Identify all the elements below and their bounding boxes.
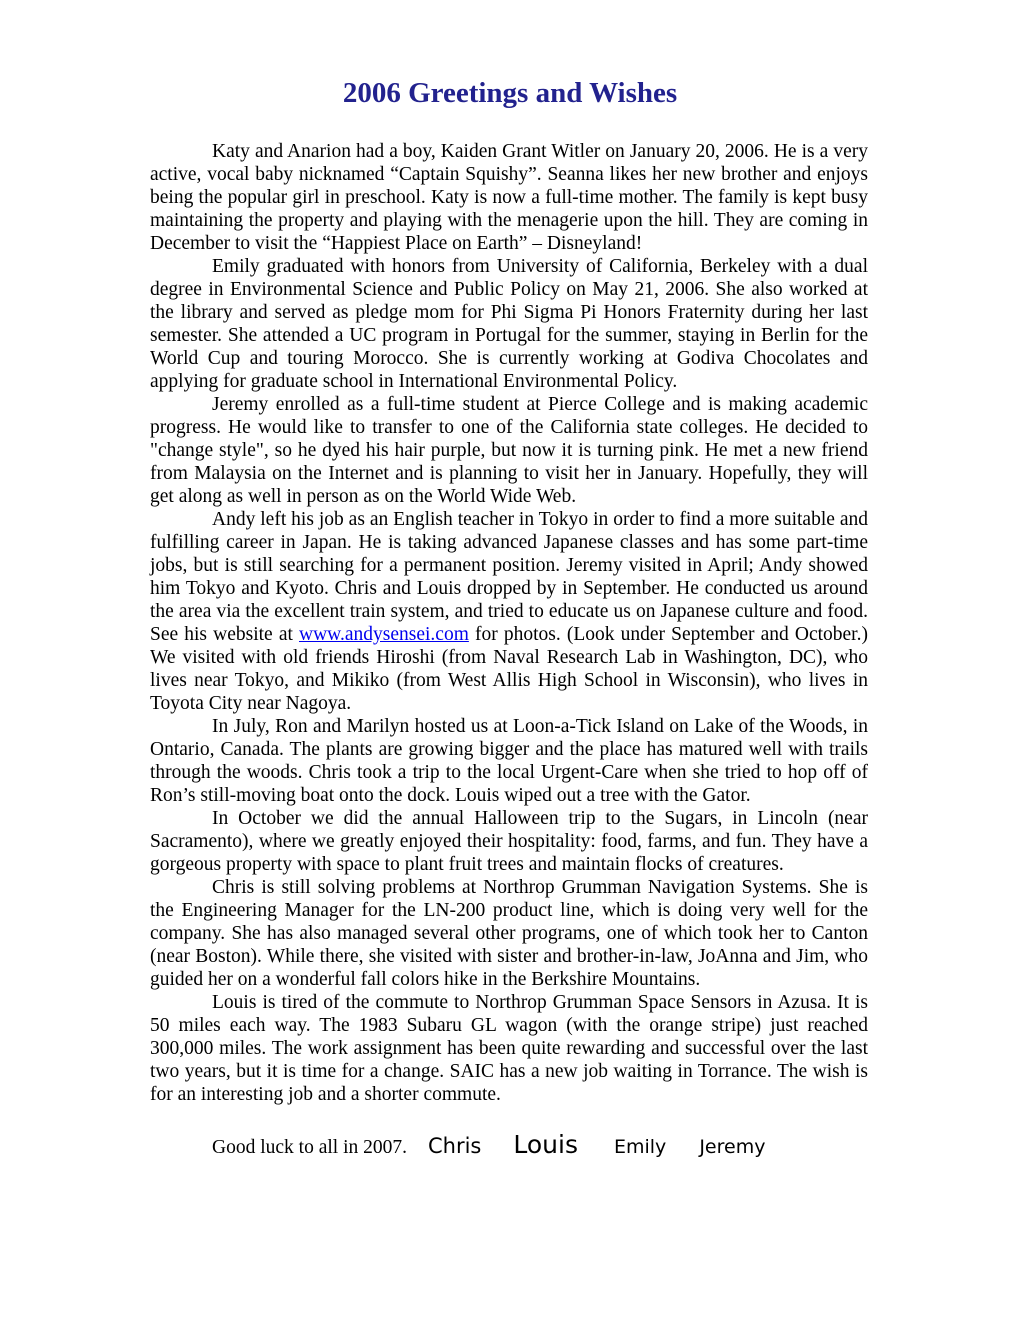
closing-line: Good luck to all in 2007.ChrisLouisEmily…: [150, 1128, 868, 1165]
paragraph-october-trip: In October we did the annual Halloween t…: [150, 807, 868, 876]
signature-louis: Louis: [513, 1130, 578, 1159]
closing-text: Good luck to all in 2007.: [212, 1137, 407, 1158]
paragraph-andy: Andy left his job as an English teacher …: [150, 508, 868, 715]
page-title: 2006 Greetings and Wishes: [0, 0, 1020, 110]
paragraph-jeremy: Jeremy enrolled as a full-time student a…: [150, 393, 868, 508]
paragraph-july-trip: In July, Ron and Marilyn hosted us at Lo…: [150, 715, 868, 807]
andysensei-link[interactable]: www.andysensei.com: [299, 624, 469, 645]
document-page: 2006 Greetings and Wishes Katy and Anari…: [0, 0, 1020, 1320]
signature-jeremy: Jeremy: [699, 1136, 765, 1158]
document-body: Katy and Anarion had a boy, Kaiden Grant…: [150, 140, 868, 1165]
signature-emily: Emily: [614, 1136, 666, 1158]
signature-chris: Chris: [428, 1134, 481, 1158]
paragraph-louis: Louis is tired of the commute to Northro…: [150, 991, 868, 1106]
paragraph-chris: Chris is still solving problems at North…: [150, 876, 868, 991]
paragraph-emily: Emily graduated with honors from Univers…: [150, 255, 868, 393]
paragraph-katy: Katy and Anarion had a boy, Kaiden Grant…: [150, 140, 868, 255]
